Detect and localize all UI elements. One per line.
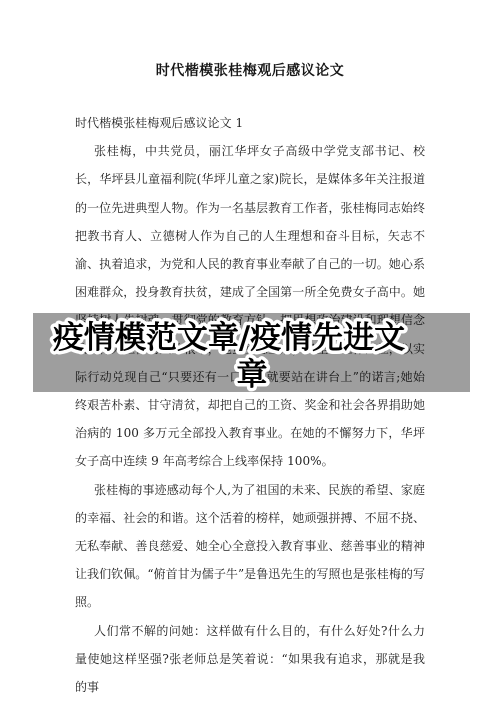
watermark-overlay: 疫情模范文章/疫情先进文 章	[33, 313, 470, 392]
paragraph-1: 张桂梅，中共党员，丽江华坪女子高级中学党支部书记、校长，华坪县儿童福利院(华坪儿…	[75, 137, 425, 475]
document-subtitle: 时代楷模张桂梅观后感议论文 1	[75, 109, 425, 137]
document-page: 时代楷模张桂梅观后感议论文 时代楷模张桂梅观后感议论文 1 张桂梅，中共党员，丽…	[0, 0, 500, 706]
document-body: 时代楷模张桂梅观后感议论文 1 张桂梅，中共党员，丽江华坪女子高级中学党支部书记…	[75, 109, 425, 701]
paragraph-3: 人们常不解的问她：这样做有什么目的，有什么好处?什么力量使她这样坚强?张老师总是…	[75, 617, 425, 702]
watermark-text-line2: 章	[237, 357, 268, 393]
paragraph-2: 张桂梅的事迹感动每个人,为了祖国的未来、民族的希望、家庭的幸福、社会的和谐。这个…	[75, 476, 425, 617]
watermark-graphic: 疫情模范文章/疫情先进文 章	[33, 313, 470, 392]
document-title: 时代楷模张桂梅观后感议论文	[0, 57, 500, 85]
watermark-text-line1: 疫情模范文章/疫情先进文	[53, 320, 405, 356]
